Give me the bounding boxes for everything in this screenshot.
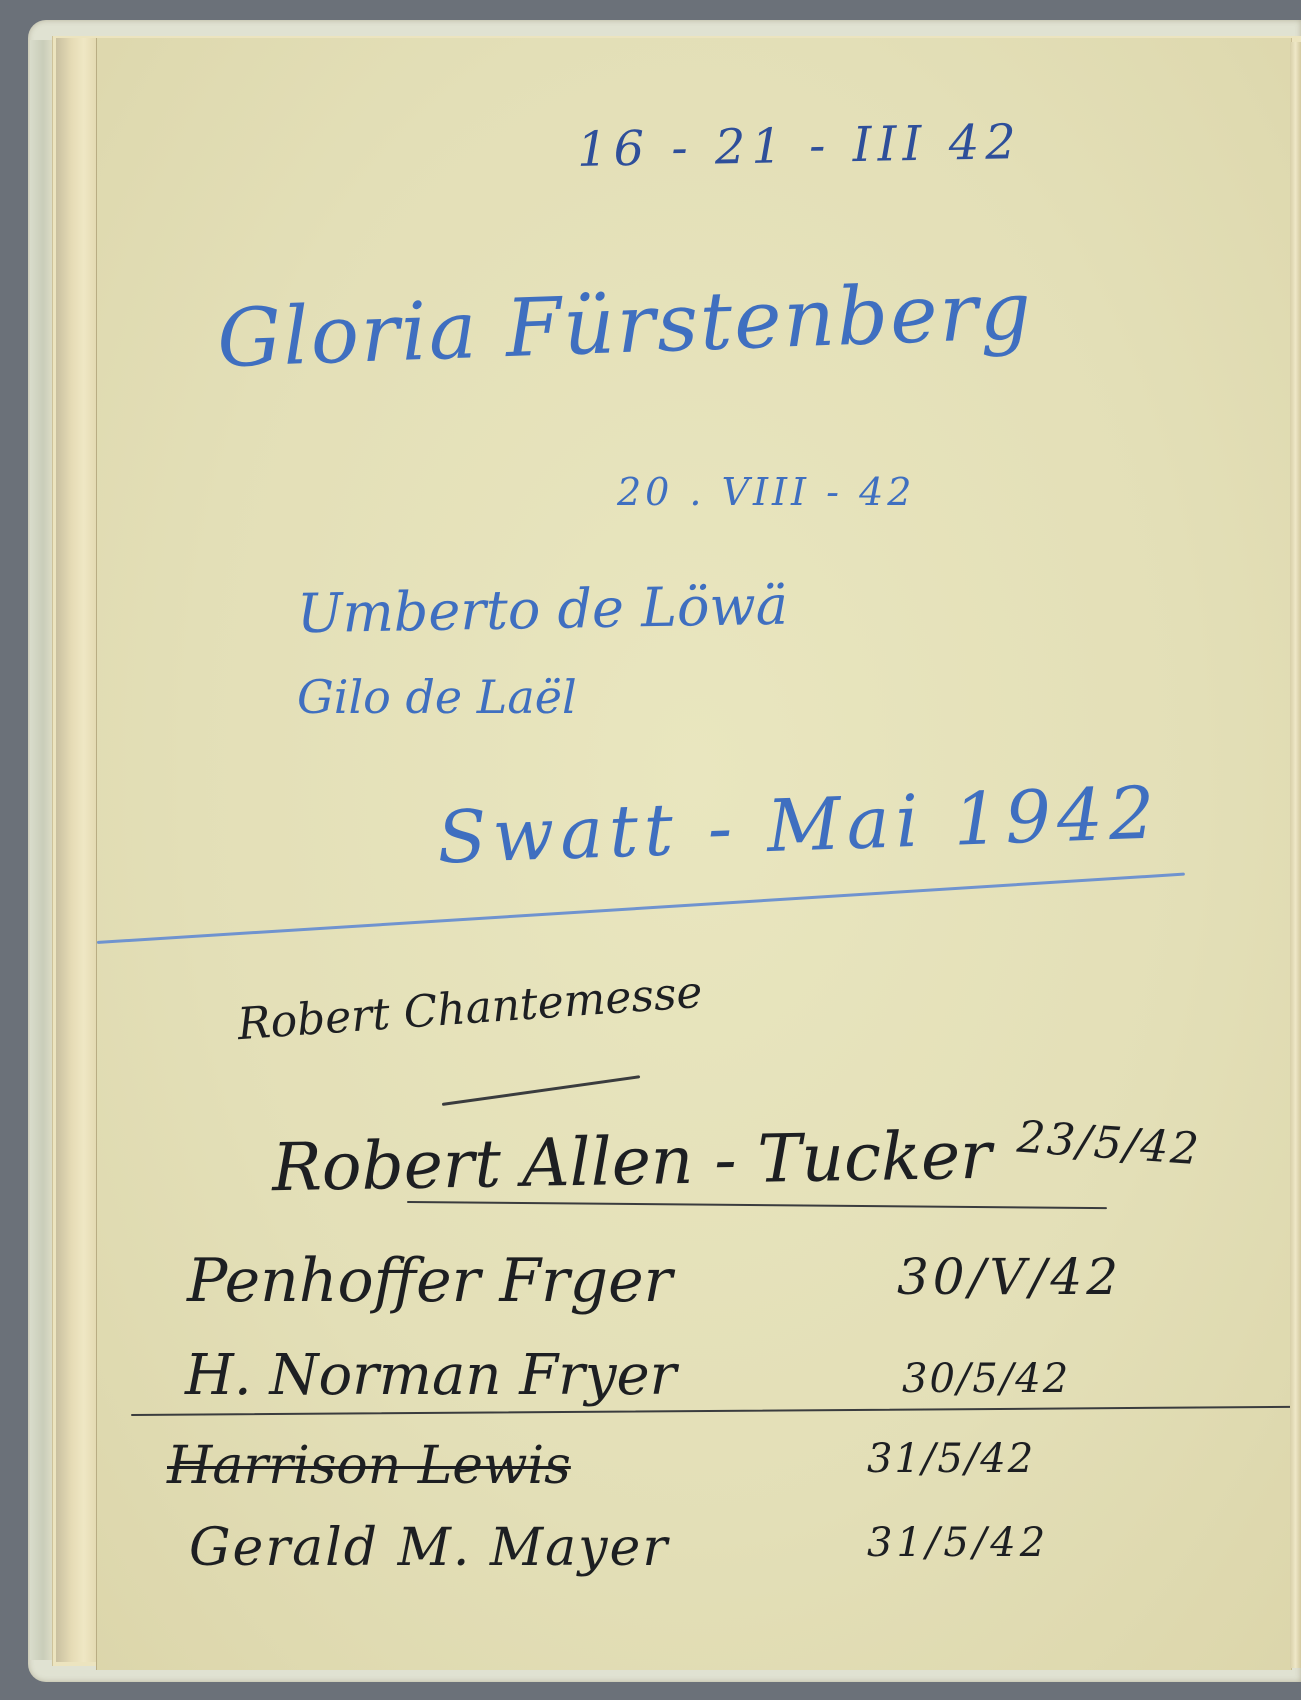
entry-7-date: 30/5/42 bbox=[902, 1356, 1070, 1402]
entry-6-date: 30/V/42 bbox=[897, 1248, 1122, 1306]
page-gutter bbox=[56, 38, 96, 1662]
page-edge bbox=[1290, 42, 1301, 1668]
entry-1-signature: Gloria Fürstenberg bbox=[216, 264, 1035, 385]
entry-3-signature: Swatt - Mai 1942 bbox=[436, 770, 1162, 879]
entry-4-signature: Robert Chantemesse bbox=[236, 967, 704, 1050]
entry-9-date: 31/5/42 bbox=[867, 1520, 1049, 1566]
entry-4-underline bbox=[442, 1075, 640, 1106]
entry-8-date: 31/5/42 bbox=[867, 1436, 1035, 1482]
blue-divider-line bbox=[97, 873, 1185, 944]
entry-6-signature: Penhoffer Frger bbox=[187, 1246, 672, 1316]
entry-8-signature: Harrison Lewis bbox=[167, 1436, 571, 1496]
entry-2-signature-line2: Gilo de Laël bbox=[297, 670, 577, 724]
entry-1-date: 16 - 21 - III 42 bbox=[577, 114, 1023, 178]
entry-9-signature: Gerald M. Mayer bbox=[189, 1518, 669, 1578]
book-spine bbox=[30, 40, 52, 1660]
entry-2-date: 20 . VIII - 42 bbox=[617, 470, 915, 514]
entry-7-signature: H. Norman Fryer bbox=[185, 1343, 676, 1408]
entry-5-signature: Robert Allen - Tucker bbox=[271, 1117, 992, 1207]
entry-2-signature-line1: Umberto de Löwä bbox=[296, 574, 788, 646]
guestbook-page: 16 - 21 - III 42 Gloria Fürstenberg 20 .… bbox=[96, 38, 1291, 1670]
entry-5-divider bbox=[407, 1201, 1107, 1209]
entry-5-date: 23/5/42 bbox=[1015, 1112, 1202, 1176]
